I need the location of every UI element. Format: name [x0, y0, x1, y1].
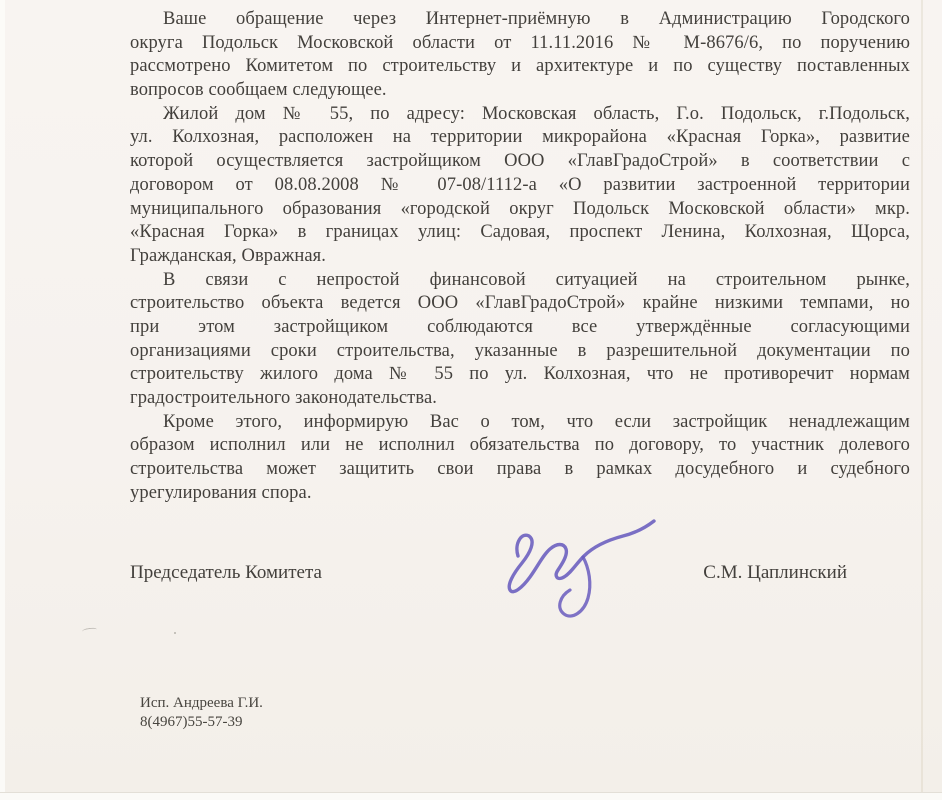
text-line: рассмотрено Комитетом по строительству и… [130, 55, 910, 79]
text-line: при этом застройщиком соблюдаются все ут… [130, 316, 910, 340]
text-line: строительство объекта ведется ООО «ГлавГ… [130, 292, 910, 316]
paper-speck [769, 136, 772, 138]
executor-block: Исп. Андреева Г.И. 8(4967)55-57-39 [140, 694, 263, 731]
paper-edge-bottom [0, 792, 942, 800]
executor-phone: 8(4967)55-57-39 [140, 713, 263, 732]
text-line: Гражданская, Овражная. [130, 245, 910, 269]
scanned-letter-page: Ваше обращение через Интернет-приёмную в… [0, 0, 942, 800]
text-line: Кроме этого, информирую Вас о том, что е… [130, 411, 910, 435]
text-line: урегулирования спора. [130, 482, 910, 506]
text-line: организациями сроки строительства, указа… [130, 340, 910, 364]
paper-edge-left [0, 0, 5, 800]
text-line: образом исполнил или не исполнил обязате… [130, 434, 910, 458]
paper-speck [174, 632, 176, 634]
text-line: ул. Колхозная, расположен на территории … [130, 126, 910, 150]
text-line: В связи с непростой финансовой ситуацией… [130, 269, 910, 293]
text-line: вопросов сообщаем следующее. [130, 79, 910, 103]
text-line: округа Подольск Московской области от 11… [130, 32, 910, 56]
text-line: договором от 08.08.2008 № 07-08/1112-а «… [130, 174, 910, 198]
text-line: «Красная Горка» в границах улиц: Садовая… [130, 221, 910, 245]
text-line: Ваше обращение через Интернет-приёмную в… [130, 8, 910, 32]
handwritten-signature-icon [494, 508, 662, 626]
text-line: которой осуществляется застройщиком ООО … [130, 150, 910, 174]
paper-edge-right [921, 0, 923, 792]
text-line: строительства может защитить свои права … [130, 458, 910, 482]
text-line: Жилой дом № 55, по адресу: Московская об… [130, 103, 910, 127]
letter-body: Ваше обращение через Интернет-приёмную в… [130, 8, 910, 505]
signatory-title: Председатель Комитета [130, 562, 322, 584]
signatory-name: С.М. Цаплинский [703, 562, 847, 584]
text-line: муниципального образования «городской ок… [130, 198, 910, 222]
paper-speck [82, 627, 98, 635]
executor-name: Исп. Андреева Г.И. [140, 694, 263, 713]
text-line: строительству жилого дома № 55 по ул. Ко… [130, 363, 910, 387]
text-line: градостроительного законодательства. [130, 387, 910, 411]
